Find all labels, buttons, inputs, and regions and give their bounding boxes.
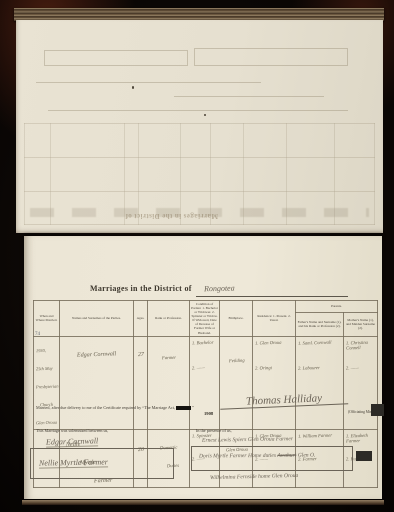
- page-recto-register: Marriages in the District ofRongotea 74 …: [24, 236, 382, 499]
- witnesses-label: In the presence of us,: [196, 428, 232, 433]
- ghost-line: [48, 106, 348, 111]
- col-header-when-where: When and Where Married.: [34, 301, 60, 337]
- struck-text: Awahuri: [277, 453, 296, 459]
- book-page-edges-bottom: [22, 500, 384, 505]
- col-header-condition: Condition of Parties: 1. Bachelor or Wid…: [190, 301, 220, 337]
- ghost-line: [174, 92, 324, 97]
- redaction-box: [176, 406, 191, 411]
- col-header-mother: Mother's Name (1), and Maiden Surname (2…: [344, 312, 378, 336]
- col-header-rank: Rank or Profession.: [148, 301, 190, 337]
- fine-print-block: [356, 451, 372, 461]
- ghost-box: [44, 50, 188, 66]
- certificate-statement: Married, after due delivery to me of the…: [36, 405, 194, 410]
- fine-print-block: [371, 404, 384, 416]
- cell-rank-groom: Farmer: [148, 336, 190, 429]
- act-year: 1908: [204, 411, 213, 416]
- col-header-father: Father's Name and Surname (1), and his R…: [296, 312, 344, 336]
- cell-birthplace-groom: Feilding: [220, 336, 253, 429]
- cell-age-groom: 27: [134, 336, 148, 429]
- district-underline: Rongotea: [196, 278, 348, 297]
- col-header-ages: Ages.: [134, 301, 148, 337]
- register-title-row: Marriages in the District ofRongotea: [90, 278, 348, 297]
- ink-speck: [132, 86, 134, 89]
- cell-name-groom: Edgar Cornwall: [60, 336, 134, 429]
- ink-speck: [204, 114, 206, 116]
- register-title: Marriages in the District of: [90, 284, 192, 293]
- cell-residence-groom: 1. Glen Oroua 2. Oringi: [253, 336, 296, 429]
- solemnized-label: This Marriage was solemnized between us,: [36, 428, 108, 433]
- col-header-names: Names and Surnames of the Parties.: [60, 301, 134, 337]
- ghost-title-reversed: Marriages in the District of: [88, 212, 218, 220]
- col-header-residence: Residence: 1. Present. 2. Usual.: [253, 301, 296, 337]
- ghost-box: [194, 48, 348, 66]
- ghost-line: [36, 78, 261, 83]
- col-header-parents: Parents.: [296, 301, 378, 313]
- groom-signature: Edgar Cornwall: [46, 436, 98, 447]
- cell-father-groom: 1. Saml. Cornwall 2. Labourer: [296, 336, 344, 429]
- witness-signature-2: Doris Myrtle Farmer Home duties Awahuri …: [199, 452, 315, 459]
- col-header-birthplace: Birthplace.: [220, 301, 253, 337]
- cell-when-where: 1930, 25th May Presbyterian Church Glen …: [34, 336, 60, 429]
- ghost-table-showthrough: [24, 123, 375, 225]
- bride-signature: Nellie Myrtle Farmer: [39, 457, 108, 468]
- district-name-handwritten: Rongotea: [196, 283, 235, 293]
- page-verso: Marriages in the District of: [16, 20, 383, 233]
